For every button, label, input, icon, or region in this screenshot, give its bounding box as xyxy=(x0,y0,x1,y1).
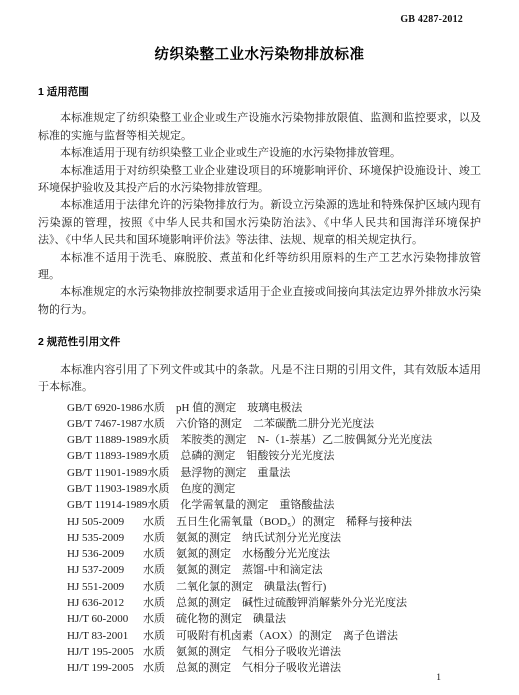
reference-code: HJ 535-2009 xyxy=(67,530,143,546)
page-number: 1 xyxy=(436,673,441,683)
reference-row: HJ 505-2009 水质 五日生化需氧量（BOD₅）的测定 稀释与接种法 xyxy=(67,514,481,530)
reference-title: 水质 氨氮的测定 蒸馏-中和滴定法 xyxy=(143,562,481,578)
reference-title: 水质 氨氮的测定 气相分子吸收光谱法 xyxy=(143,644,481,660)
reference-list: GB/T 6920-1986 水质 pH 值的测定 玻璃电极法 GB/T 746… xyxy=(38,400,481,677)
reference-row: HJ 551-2009 水质 二氧化氯的测定 碘量法(暂行) xyxy=(67,579,481,595)
reference-code: GB/T 11893-1989 xyxy=(67,448,147,464)
reference-code: GB/T 11889-1989 xyxy=(67,432,147,448)
reference-code: HJ 636-2012 xyxy=(67,595,143,611)
document-body: 1 适用范围 本标准规定了纺织染整工业企业或生产设施水污染物排放限值、监测和监控… xyxy=(38,84,481,677)
paragraph: 本标准适用于法律允许的污染物排放行为。新设立污染源的选址和特殊保护区域内现有污染… xyxy=(38,197,481,249)
reference-row: GB/T 7467-1987 水质 六价铬的测定 二苯碳酰二肼分光光度法 xyxy=(67,416,481,432)
reference-row: GB/T 11903-1989 水质 色度的测定 xyxy=(67,481,481,497)
reference-row: GB/T 11889-1989 水质 苯胺类的测定 N-（1-萘基）乙二胺偶氮分… xyxy=(67,432,481,448)
reference-title: 水质 pH 值的测定 玻璃电极法 xyxy=(143,400,481,416)
reference-code: HJ 551-2009 xyxy=(67,579,143,595)
reference-row: HJ/T 199-2005 水质 总氮的测定 气相分子吸收光谱法 xyxy=(67,660,481,676)
document-title: 纺织染整工业水污染物排放标准 xyxy=(0,43,519,64)
reference-row: GB/T 6920-1986 水质 pH 值的测定 玻璃电极法 xyxy=(67,400,481,416)
paragraph: 本标准不适用于洗毛、麻脱胶、煮茧和化纤等纺织用原料的生产工艺水污染物排放管理。 xyxy=(38,250,481,285)
reference-title: 水质 总磷的测定 钼酸铵分光光度法 xyxy=(147,448,481,464)
reference-row: HJ 536-2009 水质 氨氮的测定 水杨酸分光光度法 xyxy=(67,546,481,562)
reference-code: GB/T 7467-1987 xyxy=(67,416,143,432)
reference-title: 水质 氨氮的测定 水杨酸分光光度法 xyxy=(143,546,481,562)
reference-row: HJ 636-2012 水质 总氮的测定 碱性过硫酸钾消解紫外分光光度法 xyxy=(67,595,481,611)
standard-number: GB 4287-2012 xyxy=(0,14,463,25)
reference-row: GB/T 11901-1989 水质 悬浮物的测定 重量法 xyxy=(67,465,481,481)
paragraph: 本标准内容引用了下列文件或其中的条款。凡是不注日期的引用文件，其有效版本适用于本… xyxy=(38,362,481,397)
reference-row: HJ 537-2009 水质 氨氮的测定 蒸馏-中和滴定法 xyxy=(67,562,481,578)
reference-code: HJ 536-2009 xyxy=(67,546,143,562)
reference-title: 水质 二氧化氯的测定 碘量法(暂行) xyxy=(143,579,481,595)
reference-code: HJ/T 195-2005 xyxy=(67,644,143,660)
reference-row: GB/T 11914-1989 水质 化学需氧量的测定 重铬酸盐法 xyxy=(67,497,481,513)
reference-code: GB/T 11914-1989 xyxy=(67,497,147,513)
reference-code: HJ/T 60-2000 xyxy=(67,611,143,627)
paragraph: 本标准适用于现有纺织染整工业企业或生产设施的水污染物排放管理。 xyxy=(38,145,481,162)
section-1-heading: 1 适用范围 xyxy=(38,84,481,101)
reference-title: 水质 总氮的测定 气相分子吸收光谱法 xyxy=(143,660,481,676)
reference-title: 水质 总氮的测定 碱性过硫酸钾消解紫外分光光度法 xyxy=(143,595,481,611)
section-2-heading: 2 规范性引用文件 xyxy=(38,334,481,351)
reference-title: 水质 五日生化需氧量（BOD₅）的测定 稀释与接种法 xyxy=(143,514,481,530)
paragraph: 本标准适用于对纺织染整工业企业建设项目的环境影响评价、环境保护设施设计、竣工环境… xyxy=(38,163,481,198)
reference-title: 水质 化学需氧量的测定 重铬酸盐法 xyxy=(147,497,481,513)
reference-title: 水质 氨氮的测定 纳氏试剂分光光度法 xyxy=(143,530,481,546)
reference-title: 水质 色度的测定 xyxy=(147,481,481,497)
reference-row: HJ 535-2009 水质 氨氮的测定 纳氏试剂分光光度法 xyxy=(67,530,481,546)
document-page: GB 4287-2012 纺织染整工业水污染物排放标准 1 适用范围 本标准规定… xyxy=(0,0,519,695)
reference-code: GB/T 6920-1986 xyxy=(67,400,143,416)
reference-title: 水质 六价铬的测定 二苯碳酰二肼分光光度法 xyxy=(143,416,481,432)
reference-title: 水质 悬浮物的测定 重量法 xyxy=(147,465,481,481)
reference-row: HJ/T 195-2005 水质 氨氮的测定 气相分子吸收光谱法 xyxy=(67,644,481,660)
reference-row: GB/T 11893-1989 水质 总磷的测定 钼酸铵分光光度法 xyxy=(67,448,481,464)
paragraph: 本标准规定了纺织染整工业企业或生产设施水污染物排放限值、监测和监控要求，以及标准… xyxy=(38,110,481,145)
reference-code: GB/T 11903-1989 xyxy=(67,481,147,497)
reference-row: HJ/T 83-2001 水质 可吸附有机卤素（AOX）的测定 离子色谱法 xyxy=(67,628,481,644)
reference-code: GB/T 11901-1989 xyxy=(67,465,147,481)
reference-code: HJ 505-2009 xyxy=(67,514,143,530)
reference-code: HJ/T 83-2001 xyxy=(67,628,143,644)
reference-code: HJ 537-2009 xyxy=(67,562,143,578)
reference-row: HJ/T 60-2000 水质 硫化物的测定 碘量法 xyxy=(67,611,481,627)
paragraph: 本标准规定的水污染物排放控制要求适用于企业直接或间接向其法定边界外排放水污染物的… xyxy=(38,284,481,319)
reference-title: 水质 可吸附有机卤素（AOX）的测定 离子色谱法 xyxy=(143,628,481,644)
reference-title: 水质 苯胺类的测定 N-（1-萘基）乙二胺偶氮分光光度法 xyxy=(147,432,481,448)
reference-code: HJ/T 199-2005 xyxy=(67,660,143,676)
reference-title: 水质 硫化物的测定 碘量法 xyxy=(143,611,481,627)
